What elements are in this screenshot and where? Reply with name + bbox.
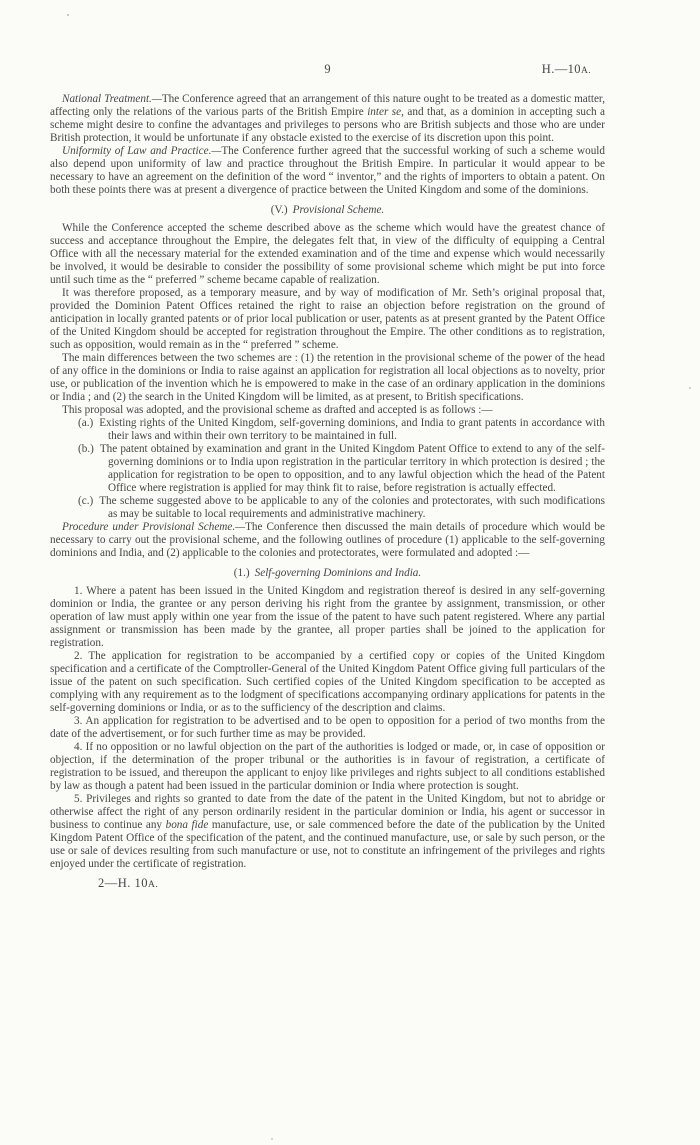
paragraph-text: While the Conference accepted the scheme… xyxy=(50,222,605,286)
scan-speck xyxy=(67,14,69,16)
list-text: Existing rights of the United Kingdom, s… xyxy=(99,417,605,442)
paragraph-lead-italic: Procedure under Provisional Scheme.— xyxy=(62,521,245,533)
footer-signature-suffix: A. xyxy=(148,880,158,890)
paragraph-main-differences: The main differences between the two sch… xyxy=(50,352,605,404)
doc-reference-suffix: A. xyxy=(581,66,591,76)
paragraph-lead-italic: Uniformity of Law and Practice.— xyxy=(62,145,221,157)
list-marker: (a.) xyxy=(78,417,93,429)
heading-number: (1.) xyxy=(234,567,250,579)
paragraph-text: 4. If no opposition or no lawful objecti… xyxy=(50,741,605,792)
paragraph-proposal-adopted: This proposal was adopted, and the provi… xyxy=(50,404,605,417)
italic-phrase: inter se xyxy=(367,106,401,118)
list-text: The patent obtained by examination and g… xyxy=(100,443,605,494)
paragraph-text: 1. Where a patent has been issued in the… xyxy=(50,585,605,649)
list-item-b: (b.)The patent obtained by examination a… xyxy=(50,443,605,495)
paragraph-text: This proposal was adopted, and the provi… xyxy=(62,404,493,416)
heading-title: Provisional Scheme. xyxy=(293,204,385,216)
page-number: 9 xyxy=(324,63,330,76)
scan-speck xyxy=(689,387,691,389)
list-marker: (c.) xyxy=(78,495,93,507)
page-content: 9H.—10A. National Treatment.—The Confere… xyxy=(50,63,605,892)
italic-phrase: bona fide xyxy=(166,819,209,831)
paragraph-text: The main differences between the two sch… xyxy=(50,352,605,403)
heading-provisional-scheme: (V.)Provisional Scheme. xyxy=(50,204,605,217)
scan-speck xyxy=(271,1138,273,1140)
footer-signature: 2—H. 10A. xyxy=(98,877,605,892)
list-item-a: (a.)Existing rights of the United Kingdo… xyxy=(50,417,605,443)
paragraph-national-treatment: National Treatment.—The Conference agree… xyxy=(50,93,605,145)
heading-number: (V.) xyxy=(271,204,288,216)
document-page: 9H.—10A. National Treatment.—The Confere… xyxy=(0,0,700,1145)
numbered-paragraph-5: 5. Privileges and rights so granted to d… xyxy=(50,793,605,871)
numbered-paragraph-1: 1. Where a patent has been issued in the… xyxy=(50,585,605,650)
list-marker: (b.) xyxy=(78,443,94,455)
numbered-paragraph-2: 2. The application for registration to b… xyxy=(50,650,605,715)
page-header: 9H.—10A. xyxy=(50,63,605,80)
list-text: The scheme suggested above to be applica… xyxy=(99,495,605,520)
paragraph-uniformity: Uniformity of Law and Practice.—The Conf… xyxy=(50,145,605,197)
paragraph-lead-italic: National Treatment.— xyxy=(62,93,162,105)
doc-reference-main: H.—10 xyxy=(542,62,581,76)
doc-reference: H.—10A. xyxy=(542,63,591,78)
heading-title: Self-governing Dominions and India. xyxy=(255,567,422,579)
paragraph-while-conference: While the Conference accepted the scheme… xyxy=(50,222,605,287)
paragraph-procedure: Procedure under Provisional Scheme.—The … xyxy=(50,521,605,560)
heading-self-governing: (1.)Self-governing Dominions and India. xyxy=(50,567,605,580)
paragraph-text: It was therefore proposed, as a temporar… xyxy=(50,287,605,351)
paragraph-text: 2. The application for registration to b… xyxy=(50,650,605,714)
list-item-c: (c.)The scheme suggested above to be app… xyxy=(50,495,605,521)
paragraph-temporary-measure: It was therefore proposed, as a temporar… xyxy=(50,287,605,352)
numbered-paragraph-3: 3. An application for registration to be… xyxy=(50,715,605,741)
numbered-paragraph-4: 4. If no opposition or no lawful objecti… xyxy=(50,741,605,793)
paragraph-text: 3. An application for registration to be… xyxy=(50,715,605,740)
footer-signature-main: 2—H. 10 xyxy=(98,876,148,890)
